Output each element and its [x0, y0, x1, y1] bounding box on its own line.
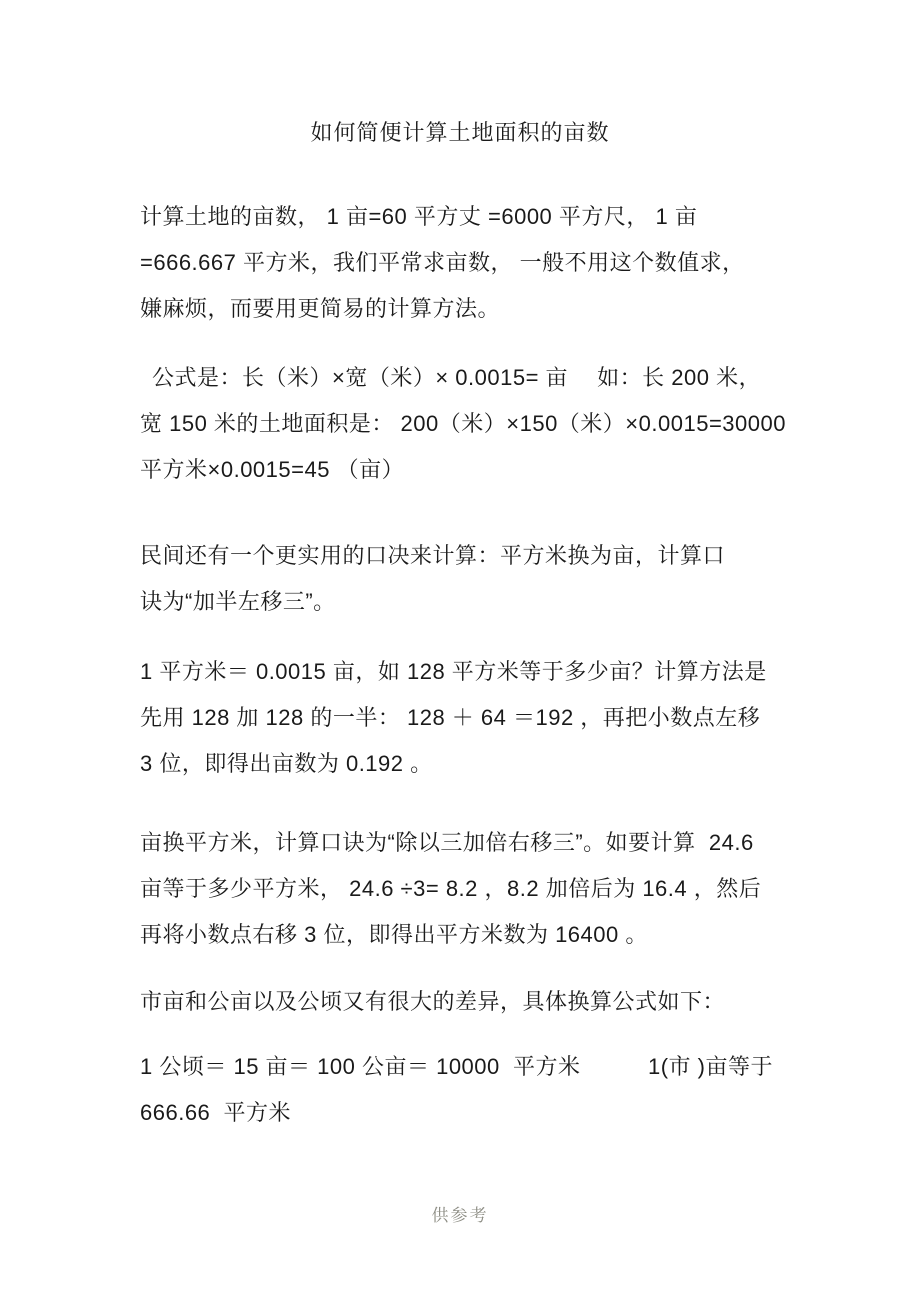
text-line: 先用 128 加 128 的一半： 128 ＋ 64 ＝192 ，再把小数点左移 [140, 695, 850, 741]
text-line: 民间还有一个更实用的口决来计算：平方米换为亩，计算口 [140, 533, 850, 579]
text-line: 平方米×0.0015=45 （亩） [140, 447, 850, 493]
footer-note: 供参考 [0, 1203, 920, 1229]
text-line: 再将小数点右移 3 位，即得出平方米数为 16400 。 [140, 912, 850, 958]
text-line: 1 平方米＝ 0.0015 亩，如 128 平方米等于多少亩？计算方法是 [140, 649, 850, 695]
text-line: 诀为“加半左移三”。 [140, 579, 850, 625]
paragraph-formula: 公式是：长（米）×宽（米）× 0.0015= 亩 如：长 200 米， 宽 15… [140, 355, 850, 493]
text-line: 公式是：长（米）×宽（米）× 0.0015= 亩 如：长 200 米， [140, 355, 850, 401]
paragraph-mnemonic-intro: 民间还有一个更实用的口决来计算：平方米换为亩，计算口 诀为“加半左移三”。 [140, 533, 850, 625]
document-page: 如何简便计算土地面积的亩数 计算土地的亩数， 1 亩=60 平方丈 =6000 … [0, 0, 920, 1303]
text-line: 市亩和公亩以及公顷又有很大的差异，具体换算公式如下： [140, 979, 850, 1025]
paragraph-intro: 计算土地的亩数， 1 亩=60 平方丈 =6000 平方尺， 1 亩 =666.… [140, 194, 850, 332]
text-line: 3 位，即得出亩数为 0.192 。 [140, 741, 850, 787]
text-line: 嫌麻烦，而要用更简易的计算方法。 [140, 286, 850, 332]
text-line: 亩换平方米，计算口诀为“除以三加倍右移三”。如要计算 24.6 [140, 820, 850, 866]
text-line: 宽 150 米的土地面积是： 200（米）×150（米）×0.0015=3000… [140, 401, 850, 447]
paragraph-sqm-to-mu-example: 1 平方米＝ 0.0015 亩，如 128 平方米等于多少亩？计算方法是 先用 … [140, 649, 850, 787]
text-line: 计算土地的亩数， 1 亩=60 平方丈 =6000 平方尺， 1 亩 [140, 194, 850, 240]
paragraph-mu-to-sqm-example: 亩换平方米，计算口诀为“除以三加倍右移三”。如要计算 24.6 亩等于多少平方米… [140, 820, 850, 958]
paragraph-conversion-note: 市亩和公亩以及公顷又有很大的差异，具体换算公式如下： [140, 979, 850, 1025]
text-line: 666.66 平方米 [140, 1090, 850, 1136]
document-title: 如何简便计算土地面积的亩数 [0, 116, 920, 150]
text-line: 1 公顷＝ 15 亩＝ 100 公亩＝ 10000 平方米 1(市 )亩等于 [140, 1044, 850, 1090]
text-line: 亩等于多少平方米， 24.6 ÷3= 8.2 ，8.2 加倍后为 16.4 ，然… [140, 866, 850, 912]
text-line: =666.667 平方米，我们平常求亩数， 一般不用这个数值求， [140, 240, 850, 286]
paragraph-conversion-table: 1 公顷＝ 15 亩＝ 100 公亩＝ 10000 平方米 1(市 )亩等于 6… [140, 1044, 850, 1136]
